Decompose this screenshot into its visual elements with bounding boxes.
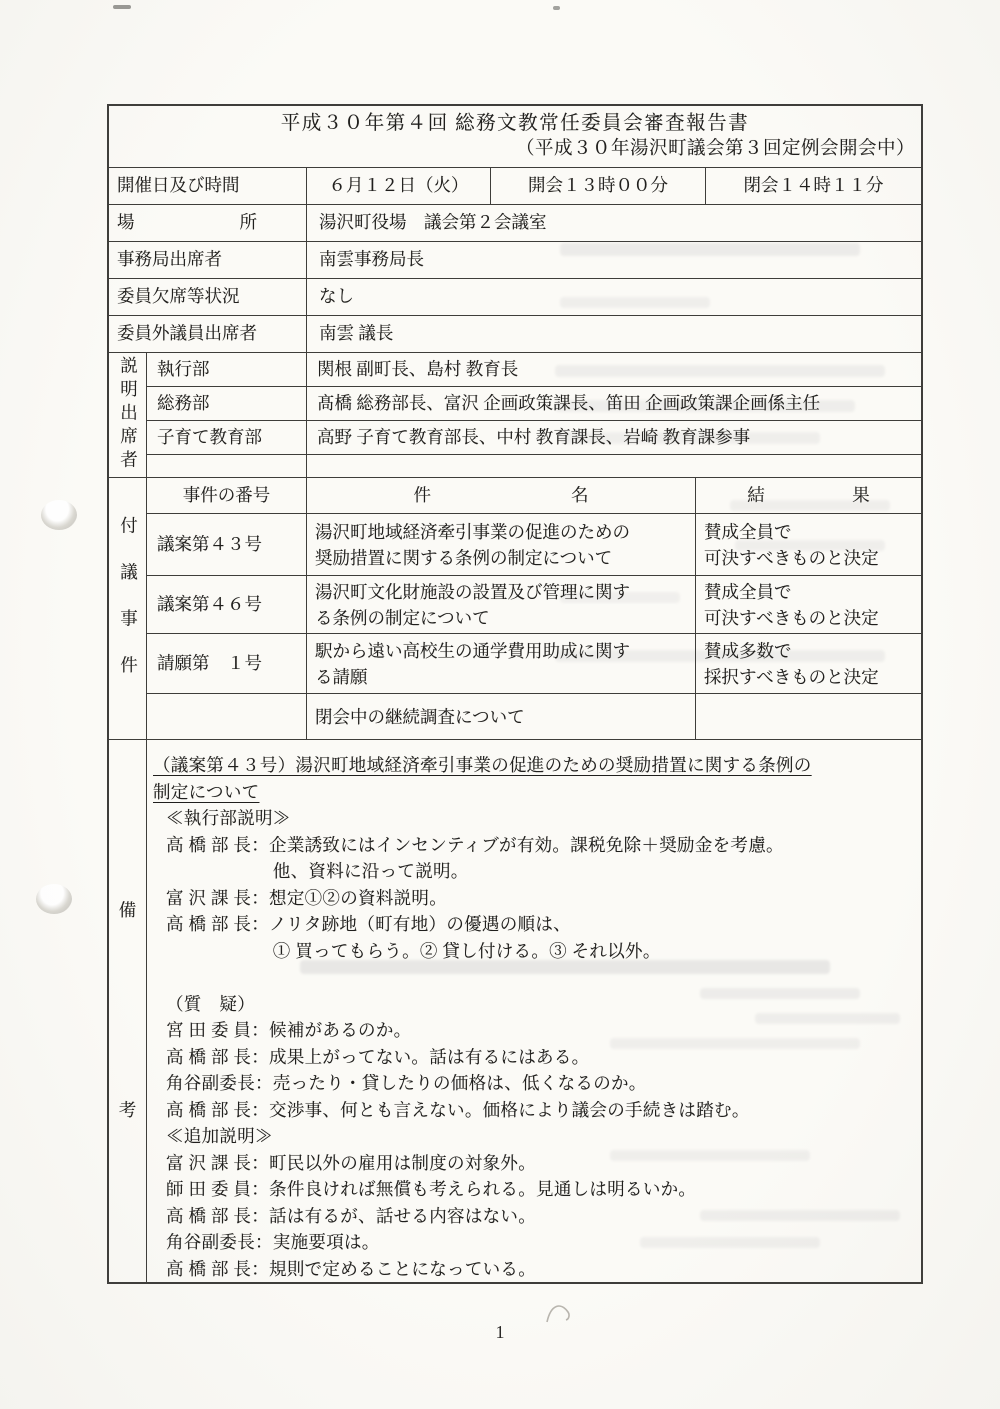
- report-title: 平成３０年第４回 総務文教常任委員会審査報告書: [109, 112, 921, 136]
- remarks-side-label-cell: 備 考: [109, 740, 147, 1282]
- agenda-row: 議案第４３号 湯沢町地域経済牽引事業の促進のための 奨励措置に関する条例の制定に…: [147, 514, 921, 576]
- open-time-value: 開会１３時００分: [491, 168, 706, 204]
- case-number: 請願第 １号: [147, 634, 307, 693]
- agenda-row: 議案第４６号 湯沢町文化財施設の設置及び管理に関す る条例の制定について 賛成全…: [147, 576, 921, 634]
- secretariat-value: 南雲事務局長: [307, 242, 921, 278]
- section-remarks: 備 考 （議案第４３号）湯沢町地域経済牽引事業の促進のための奨励措置に関する条例…: [109, 740, 921, 1282]
- agenda-rows: 事件の番号 件 名 結 果 議案第４３号 湯沢町地域経済牽引事業の促進のための …: [147, 478, 921, 739]
- explainer-row-empty: [147, 455, 921, 478]
- scan-speck: [553, 6, 560, 10]
- row-secretariat: 事務局出席者 南雲事務局長: [109, 242, 921, 279]
- remarks-line: ≪執行部説明≫: [166, 805, 909, 832]
- case-result: [696, 694, 921, 739]
- remarks-content: （議案第４３号）湯沢町地域経済牽引事業の促進のための奨励措置に関する条例の 制定…: [147, 740, 921, 1282]
- absence-value: なし: [307, 279, 921, 315]
- place-value: 湯沢町役場 議会第２会議室: [307, 205, 921, 241]
- punch-hole: [36, 884, 72, 914]
- nonmember-label: 委員外議員出席者: [109, 316, 307, 352]
- remarks-side-label-top: 備: [119, 900, 137, 922]
- punch-hole: [41, 500, 77, 530]
- explainers-side-label: 説明出席者: [117, 356, 139, 474]
- scan-speck: [113, 5, 131, 9]
- agenda-side-label-cell: 付議事件: [109, 478, 147, 739]
- remarks-line: 師 田 委 員：条件良ければ無償も考えられる。見通しは明るいか。: [166, 1176, 909, 1203]
- remarks-side-label-bottom: 考: [119, 1100, 137, 1122]
- title-block: 平成３０年第４回 総務文教常任委員会審査報告書 （平成３０年湯沢町議会第３回定例…: [109, 106, 921, 168]
- dept-members: 関根 副町長、島村 教育長: [307, 353, 921, 386]
- case-name: 湯沢町文化財施設の設置及び管理に関す る条例の制定について: [307, 576, 696, 633]
- remarks-line: 高 橋 部 長：ノリタ跡地（町有地）の優遇の順は、: [166, 911, 909, 938]
- case-result: 賛成多数で 採択すべきものと決定: [696, 634, 921, 693]
- case-name: 湯沢町地域経済牽引事業の促進のための 奨励措置に関する条例の制定について: [307, 514, 696, 575]
- row-nonmember: 委員外議員出席者 南雲 議長: [109, 316, 921, 353]
- case-number: 議案第４３号: [147, 514, 307, 575]
- remarks-line: （質 疑）: [166, 991, 909, 1018]
- remarks-line: 高 橋 部 長：企業誘致にはインセンティブが有効。課税免除＋奨励金を考慮。: [166, 832, 909, 859]
- explainers-rows: 執行部 関根 副町長、島村 教育長 総務部 髙橋 総務部長、富沢 企画政策課長、…: [147, 353, 921, 477]
- explainers-side-label-cell: 説明出席者: [109, 353, 147, 477]
- case-name: 駅から遠い高校生の通学費用助成に関す る請願: [307, 634, 696, 693]
- remarks-heading-line: 制定について: [153, 779, 259, 806]
- remarks-line: ① 買ってもらう。② 貸し付ける。③ それ以外。: [166, 938, 909, 965]
- case-number: [147, 694, 307, 739]
- case-result: 賛成全員で 可決すべきものと決定: [696, 514, 921, 575]
- row-place: 場 所 湯沢町役場 議会第２会議室: [109, 205, 921, 242]
- remarks-line: 高 橋 部 長：成果上がってない。話は有るにはある。: [166, 1044, 909, 1071]
- col-header-result: 結 果: [696, 478, 921, 513]
- section-agenda: 付議事件 事件の番号 件 名 結 果 議案第４３号 湯沢町地域経済牽引事業の促進…: [109, 478, 921, 740]
- remarks-line: 角谷副委長：売ったり・貸したりの価格は、低くなるのか。: [166, 1070, 909, 1097]
- explainer-row: 総務部 髙橋 総務部長、富沢 企画政策課長、笛田 企画政策課企画係主任: [147, 387, 921, 421]
- row-absence: 委員欠席等状況 なし: [109, 279, 921, 316]
- remarks-line: 角谷副委長：実施要項は。: [166, 1229, 909, 1256]
- dept-name: 子育て教育部: [147, 421, 307, 454]
- dept-members: 高野 子育て教育部長、中村 教育課長、岩崎 教育課参事: [307, 421, 921, 454]
- remarks-line: ≪追加説明≫: [166, 1123, 909, 1150]
- date-value: ６月１２日（火）: [307, 168, 491, 204]
- agenda-row-continuation: 閉会中の継続調査について: [147, 694, 921, 739]
- agenda-side-label: 付議事件: [117, 516, 139, 702]
- scanned-report-page: 平成３０年第４回 総務文教常任委員会審査報告書 （平成３０年湯沢町議会第３回定例…: [0, 0, 1000, 1409]
- remarks-line: 宮 田 委 員：候補があるのか。: [166, 1017, 909, 1044]
- remarks-line: 高 橋 部 長：話は有るが、話せる内容はない。: [166, 1203, 909, 1230]
- absence-label: 委員欠席等状況: [109, 279, 307, 315]
- dept-members: [307, 455, 921, 478]
- explainer-row: 子育て教育部 高野 子育て教育部長、中村 教育課長、岩崎 教育課参事: [147, 421, 921, 455]
- remarks-line: 他、資料に沿って説明。: [166, 858, 909, 885]
- remarks-line: 高 橋 部 長：交渉事、何とも言えない。価格により議会の手続きは踏む。: [166, 1097, 909, 1124]
- close-time-value: 閉会１４時１１分: [706, 168, 921, 204]
- explainer-row: 執行部 関根 副町長、島村 教育長: [147, 353, 921, 387]
- dept-name: [147, 455, 307, 478]
- dept-name: 総務部: [147, 387, 307, 420]
- place-label: 場 所: [109, 205, 307, 241]
- row-datetime: 開催日及び時間 ６月１２日（火） 開会１３時００分 閉会１４時１１分: [109, 168, 921, 205]
- dept-members: 髙橋 総務部長、富沢 企画政策課長、笛田 企画政策課企画係主任: [307, 387, 921, 420]
- datetime-label: 開催日及び時間: [109, 168, 307, 204]
- report-table: 平成３０年第４回 総務文教常任委員会審査報告書 （平成３０年湯沢町議会第３回定例…: [107, 104, 923, 1284]
- page-number: 1: [0, 1322, 1000, 1343]
- col-header-number: 事件の番号: [147, 478, 307, 513]
- secretariat-label: 事務局出席者: [109, 242, 307, 278]
- report-subtitle: （平成３０年湯沢町議会第３回定例会開会中）: [109, 138, 921, 161]
- remarks-line: 富 沢 課 長：町民以外の雇用は制度の対象外。: [166, 1150, 909, 1177]
- agenda-header-row: 事件の番号 件 名 結 果: [147, 478, 921, 514]
- col-header-name: 件 名: [307, 478, 696, 513]
- nonmember-value: 南雲 議長: [307, 316, 921, 352]
- agenda-row: 請願第 １号 駅から遠い高校生の通学費用助成に関す る請願 賛成多数で 採択すべ…: [147, 634, 921, 694]
- dept-name: 執行部: [147, 353, 307, 386]
- remarks-heading-line: （議案第４３号）湯沢町地域経済牽引事業の促進のための奨励措置に関する条例の: [153, 752, 909, 779]
- case-number: 議案第４６号: [147, 576, 307, 633]
- section-explainers: 説明出席者 執行部 関根 副町長、島村 教育長 総務部 髙橋 総務部長、富沢 企…: [109, 353, 921, 478]
- case-result: 賛成全員で 可決すべきものと決定: [696, 576, 921, 633]
- remarks-line: 高 橋 部 長：規則で定めることになっている。: [166, 1256, 909, 1283]
- remarks-line: 富 沢 課 長：想定①②の資料説明。: [166, 885, 909, 912]
- remarks-blank-line: [166, 964, 909, 991]
- case-name: 閉会中の継続調査について: [307, 694, 696, 739]
